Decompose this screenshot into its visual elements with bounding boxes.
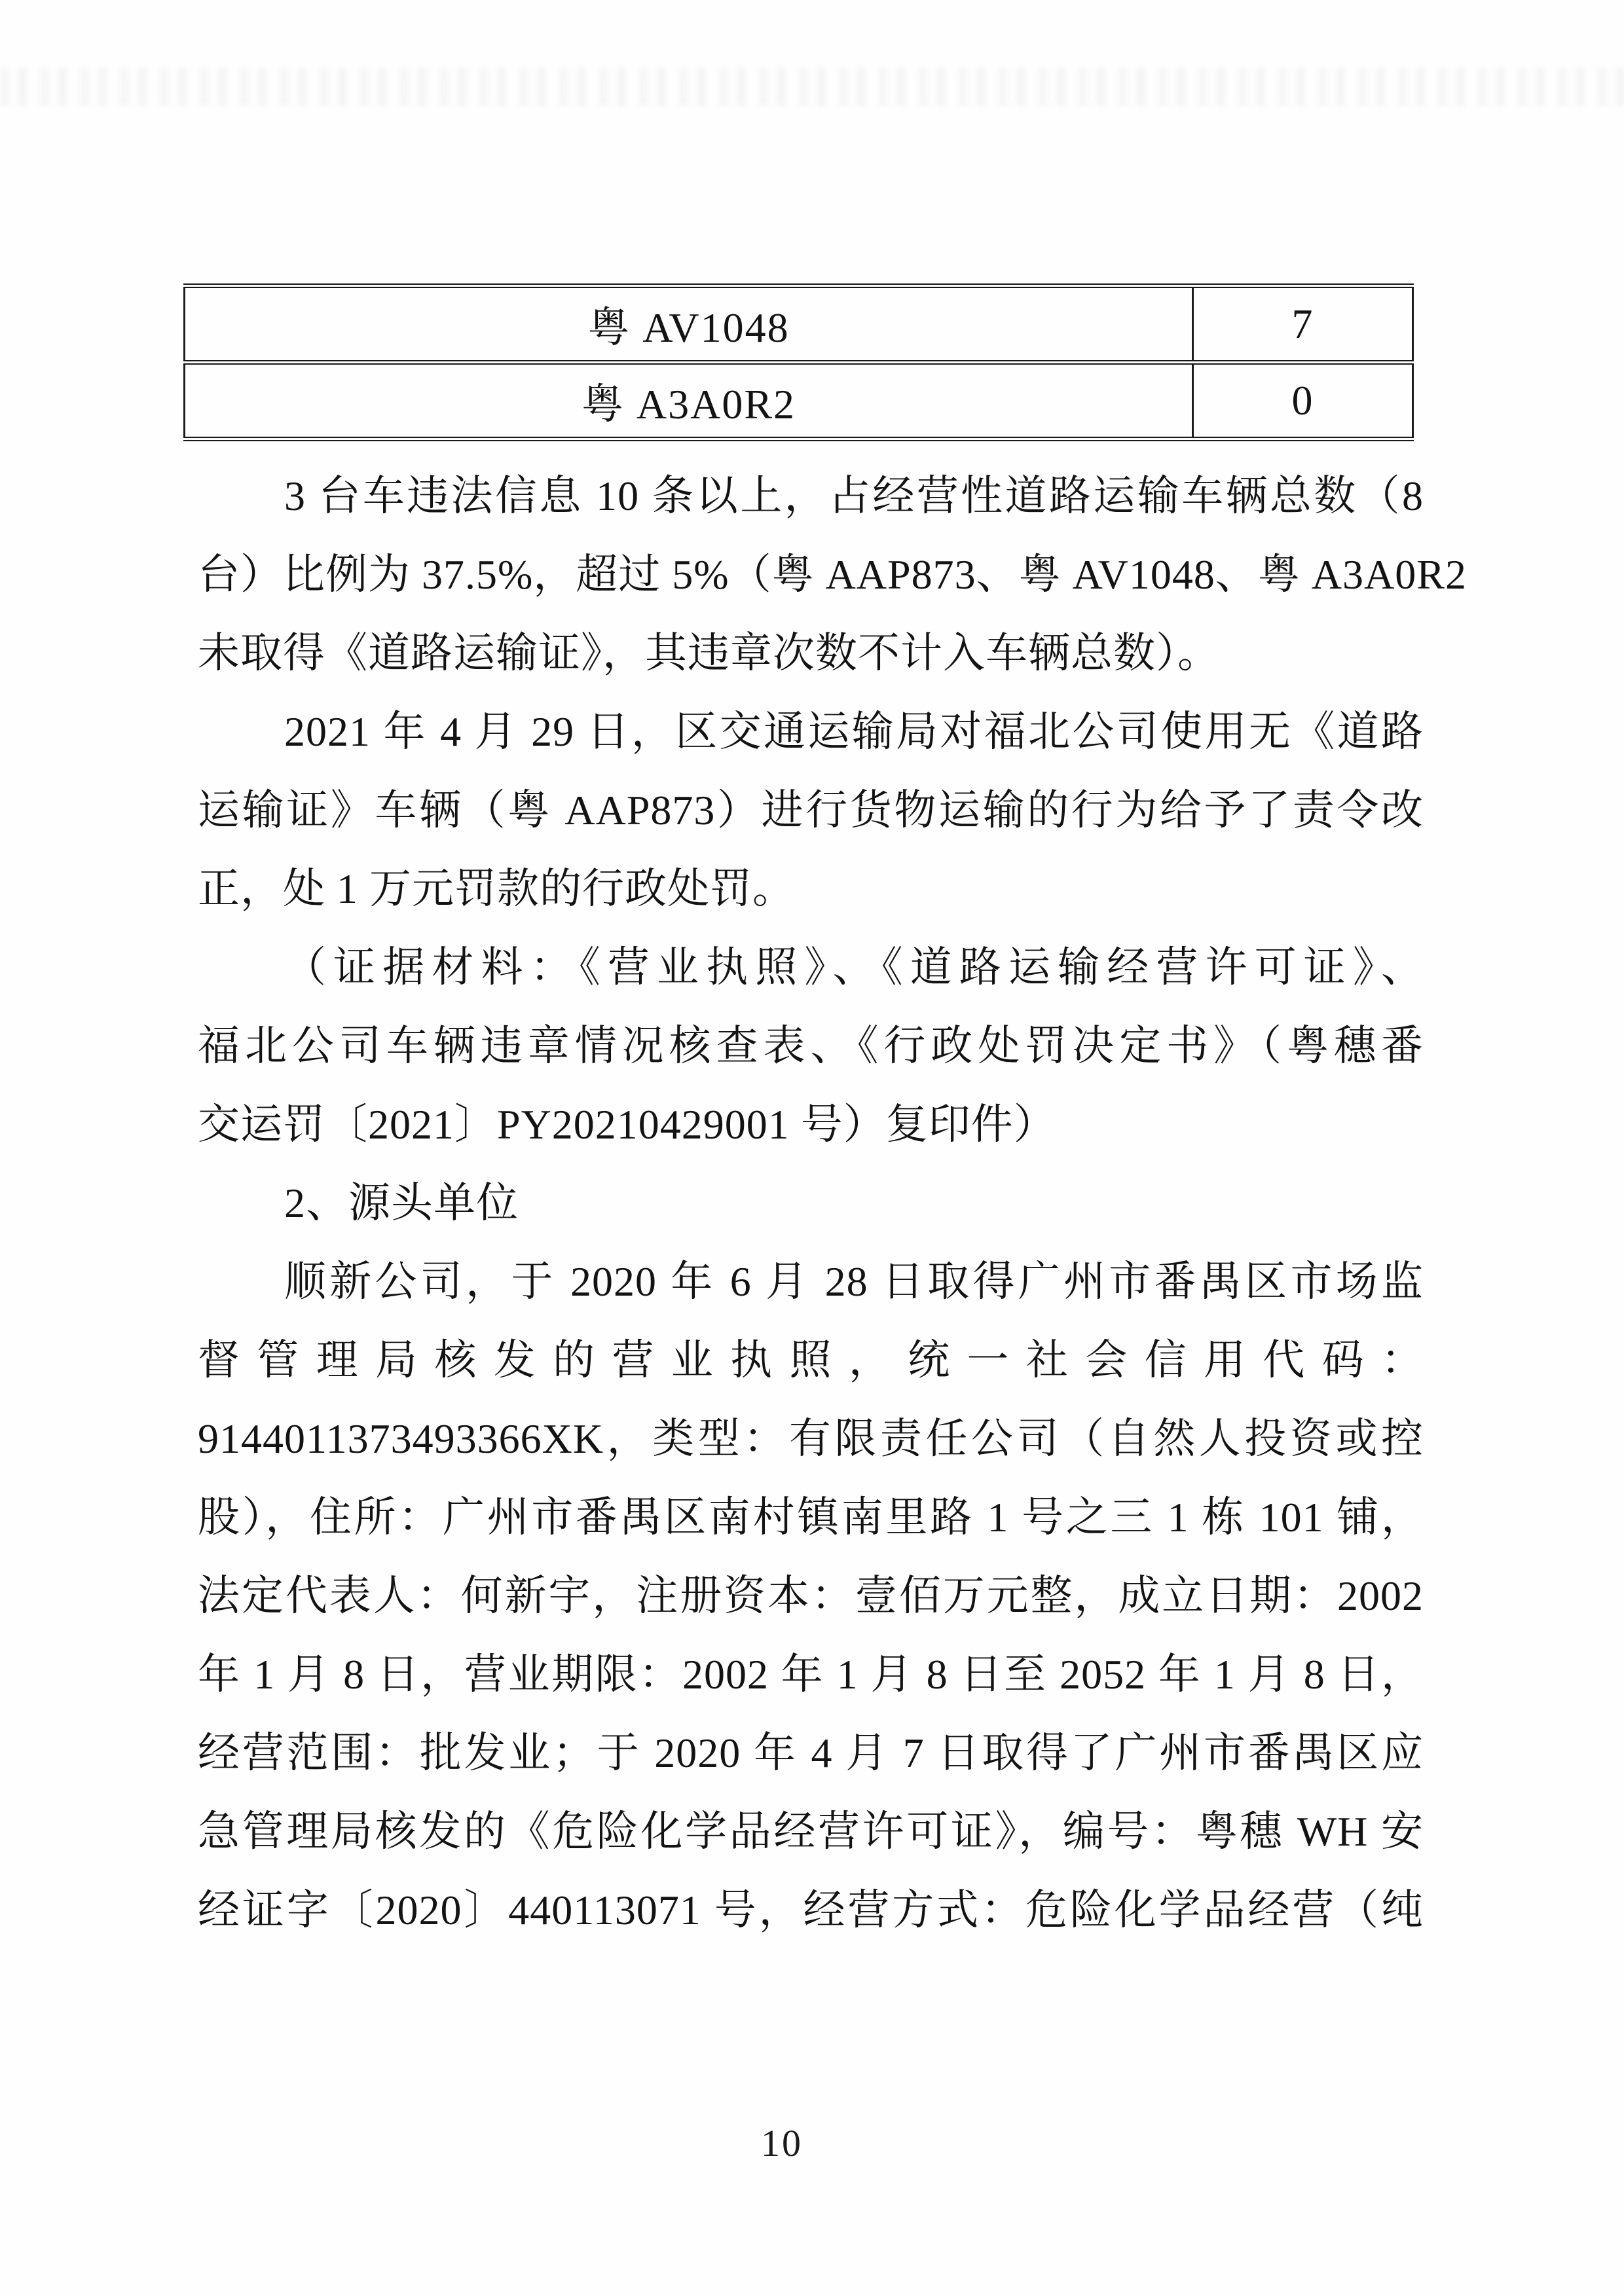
- scanned-document-page: 粤 AV1048 7 粤 A3A0R2 0 3 台车违法信息 10 条以上，占经…: [0, 0, 1624, 2296]
- text-line: 福北公司车辆违章情况核查表、《行政处罚决定书》（粤穗番: [198, 1007, 1424, 1085]
- text-line: 台）比例为 37.5%，超过 5%（粤 AAP873、粤 AV1048、粤 A3…: [198, 536, 1424, 614]
- text-line: 正，处 1 万元罚款的行政处罚。: [198, 850, 1424, 928]
- text-line: 顺新公司，于 2020 年 6 月 28 日取得广州市番禺区市场监: [198, 1243, 1424, 1321]
- vehicle-violation-table: 粤 AV1048 7 粤 A3A0R2 0: [183, 283, 1414, 441]
- text-line: 3 台车违法信息 10 条以上，占经营性道路运输车辆总数（8: [198, 457, 1424, 536]
- table-row: 粤 A3A0R2 0: [185, 363, 1413, 439]
- text-line: 2021 年 4 月 29 日，区交通运输局对福北公司使用无《道路: [198, 693, 1424, 771]
- plate-cell: 粤 AV1048: [185, 286, 1193, 363]
- document-body: 3 台车违法信息 10 条以上，占经营性道路运输车辆总数（8 台）比例为 37.…: [198, 457, 1424, 1950]
- text-line: 年 1 月 8 日，营业期限：2002 年 1 月 8 日至 2052 年 1 …: [198, 1635, 1424, 1714]
- count-cell: 0: [1193, 363, 1413, 439]
- plate-cell: 粤 A3A0R2: [185, 363, 1193, 439]
- text-line: 股），住所：广州市番禺区南村镇南里路 1 号之三 1 栋 101 铺，: [198, 1478, 1424, 1557]
- text-line: 经证字〔2020〕440113071 号，经营方式：危险化学品经营（纯: [198, 1871, 1424, 1950]
- text-line: 交运罚〔2021〕PY20210429001 号）复印件）: [198, 1085, 1424, 1164]
- text-line: 督管理局核发的营业执照，统一社会信用代码：: [198, 1321, 1424, 1400]
- count-cell: 7: [1193, 286, 1413, 363]
- text-line: 运输证》车辆（粤 AAP873）进行货物运输的行为给予了责令改: [198, 771, 1424, 850]
- text-line: （证据材料：《营业执照》、《道路运输经营许可证》、: [198, 928, 1424, 1007]
- scan-noise-band: [0, 68, 1624, 106]
- text-line: 法定代表人：何新宇，注册资本：壹佰万元整，成立日期：2002: [198, 1557, 1424, 1635]
- section-heading: 2、源头单位: [198, 1164, 1424, 1243]
- text-line: 急管理局核发的《危险化学品经营许可证》，编号：粤穗 WH 安: [198, 1793, 1424, 1871]
- text-line: 经营范围：批发业；于 2020 年 4 月 7 日取得了广州市番禺区应: [198, 1714, 1424, 1793]
- text-line: 9144011373493366XK，类型：有限责任公司（自然人投资或控: [198, 1400, 1424, 1478]
- text-line: 未取得《道路运输证》，其违章次数不计入车辆总数）。: [198, 614, 1424, 693]
- table-row: 粤 AV1048 7: [185, 286, 1413, 363]
- page-number: 10: [0, 2121, 1564, 2165]
